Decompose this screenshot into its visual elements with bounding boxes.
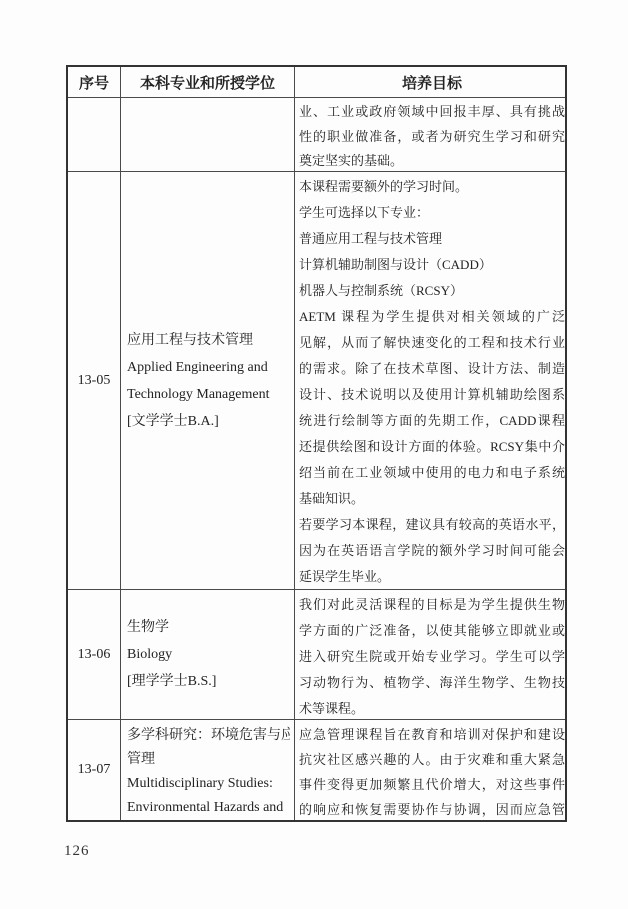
header-label-objectives: 培养目标 xyxy=(402,72,462,93)
objective-text-line: 因为在英语语言学院的额外学习时间可能会 xyxy=(299,538,565,564)
major-text-line: Applied Engineering and xyxy=(127,354,290,381)
objective-text-line: 的响应和恢复需要协作与协调，因而应急管 xyxy=(299,797,565,820)
major-text-line: 多学科研究：环境危害与应急 xyxy=(127,722,290,746)
objective-text-line: 应急管理课程旨在教育和培训对保护和建设 xyxy=(299,722,565,747)
table-row: 13-05应用工程与技术管理Applied Engineering andTec… xyxy=(68,171,565,589)
objective-text-line: 普通应用工程与技术管理 xyxy=(299,226,565,252)
major-text-line: [理学学士B.S.] xyxy=(127,668,290,695)
major-text-line: 管理 xyxy=(127,746,290,770)
header-label-major-degree: 本科专业和所授学位 xyxy=(140,72,275,93)
table-body: 业、工业或政府领域中回报丰厚、具有挑战性的职业做准备，或者为研究生学习和研究奠定… xyxy=(68,97,565,820)
table-row: 13-06生物学Biology[理学学士B.S.]我们对此灵活课程的目标是为学生… xyxy=(68,589,565,719)
objectives-cell: 本课程需要额外的学习时间。学生可选择以下专业：普通应用工程与技术管理计算机辅助制… xyxy=(294,172,565,589)
objective-text-line: 抗灾社区感兴趣的人。由于灾难和重大紧急 xyxy=(299,747,565,772)
objective-text-line: AETM 课程为学生提供对相关领域的广泛 xyxy=(299,304,565,330)
major-text-line: Environmental Hazards and xyxy=(127,794,290,818)
header-cell-seq-no: 序号 xyxy=(68,67,120,97)
objective-text-line: 绍当前在工业领域中使用的电力和电子系统 xyxy=(299,460,565,486)
table-row: 业、工业或政府领域中回报丰厚、具有挑战性的职业做准备，或者为研究生学习和研究奠定… xyxy=(68,97,565,171)
major-text-line: 应用工程与技术管理 xyxy=(127,327,290,354)
majors-table: 序号 本科专业和所授学位 培养目标 业、工业或政府领域中回报丰厚、具有挑战性的职… xyxy=(66,65,567,822)
objective-text-line: 的需求。除了在技术草图、设计方法、制造 xyxy=(299,356,565,382)
objective-text-line: 事件变得更加频繁且代价增大，对这些事件 xyxy=(299,772,565,797)
objective-text-line: 统进行绘制等方面的先期工作，CADD课程 xyxy=(299,408,565,434)
header-label-seq-no: 序号 xyxy=(79,72,109,93)
major-degree-cell: 应用工程与技术管理Applied Engineering andTechnolo… xyxy=(120,172,294,589)
table-row: 13-07多学科研究：环境危害与应急管理Multidisciplinary St… xyxy=(68,719,565,820)
objective-text-line: 术等课程。 xyxy=(299,696,565,719)
table-header-row: 序号 本科专业和所授学位 培养目标 xyxy=(68,67,565,97)
objective-text-line: 进入研究生院或开始专业学习。学生可以学 xyxy=(299,644,565,670)
document-page: 序号 本科专业和所授学位 培养目标 业、工业或政府领域中回报丰厚、具有挑战性的职… xyxy=(0,0,628,909)
major-text-line: 生物学 xyxy=(127,614,290,641)
objective-text-line: 学生可选择以下专业： xyxy=(299,200,565,226)
row-seq-no-cell: 13-06 xyxy=(68,590,120,719)
header-cell-major-degree: 本科专业和所授学位 xyxy=(120,67,294,97)
objective-text-line: 延误学生毕业。 xyxy=(299,564,565,589)
objective-text-line: 设计、技术说明以及使用计算机辅助绘图系 xyxy=(299,382,565,408)
objective-text-line: 见解，从而了解快速变化的工程和技术行业 xyxy=(299,330,565,356)
row-seq-no-cell xyxy=(68,98,120,171)
objective-text-line: 学方面的广泛准备，以使其能够立即就业或 xyxy=(299,618,565,644)
objectives-cell: 应急管理课程旨在教育和培训对保护和建设抗灾社区感兴趣的人。由于灾难和重大紧急事件… xyxy=(294,720,565,820)
page-number: 126 xyxy=(64,843,90,860)
objective-text-line: 我们对此灵活课程的目标是为学生提供生物 xyxy=(299,592,565,618)
objectives-cell: 我们对此灵活课程的目标是为学生提供生物学方面的广泛准备，以使其能够立即就业或进入… xyxy=(294,590,565,719)
objectives-cell: 业、工业或政府领域中回报丰厚、具有挑战性的职业做准备，或者为研究生学习和研究奠定… xyxy=(294,98,565,171)
objective-text-line: 还提供绘图和设计方面的体验。RCSY集中介 xyxy=(299,434,565,460)
row-seq-no-cell: 13-07 xyxy=(68,720,120,820)
header-cell-objectives: 培养目标 xyxy=(294,67,565,97)
objective-text-line: 机器人与控制系统（RCSY） xyxy=(299,278,565,304)
major-degree-cell: 多学科研究：环境危害与应急管理Multidisciplinary Studies… xyxy=(120,720,294,820)
objective-text-line: 奠定坚实的基础。 xyxy=(299,149,565,171)
objective-text-line: 业、工业或政府领域中回报丰厚、具有挑战 xyxy=(299,100,565,125)
objective-text-line: 计算机辅助制图与设计（CADD） xyxy=(299,252,565,278)
row-seq-no-cell: 13-05 xyxy=(68,172,120,589)
major-text-line: [文学学士B.A.] xyxy=(127,408,290,435)
objective-text-line: 本课程需要额外的学习时间。 xyxy=(299,174,565,200)
objective-text-line: 基础知识。 xyxy=(299,486,565,512)
major-text-line: Biology xyxy=(127,641,290,668)
major-text-line: Technology Management xyxy=(127,381,290,408)
major-degree-cell: 生物学Biology[理学学士B.S.] xyxy=(120,590,294,719)
major-text-line: Multidisciplinary Studies: xyxy=(127,770,290,794)
major-degree-cell xyxy=(120,98,294,171)
objective-text-line: 若要学习本课程，建议具有较高的英语水平， xyxy=(299,512,565,538)
objective-text-line: 习动物行为、植物学、海洋生物学、生物技 xyxy=(299,670,565,696)
objective-text-line: 性的职业做准备，或者为研究生学习和研究 xyxy=(299,125,565,150)
